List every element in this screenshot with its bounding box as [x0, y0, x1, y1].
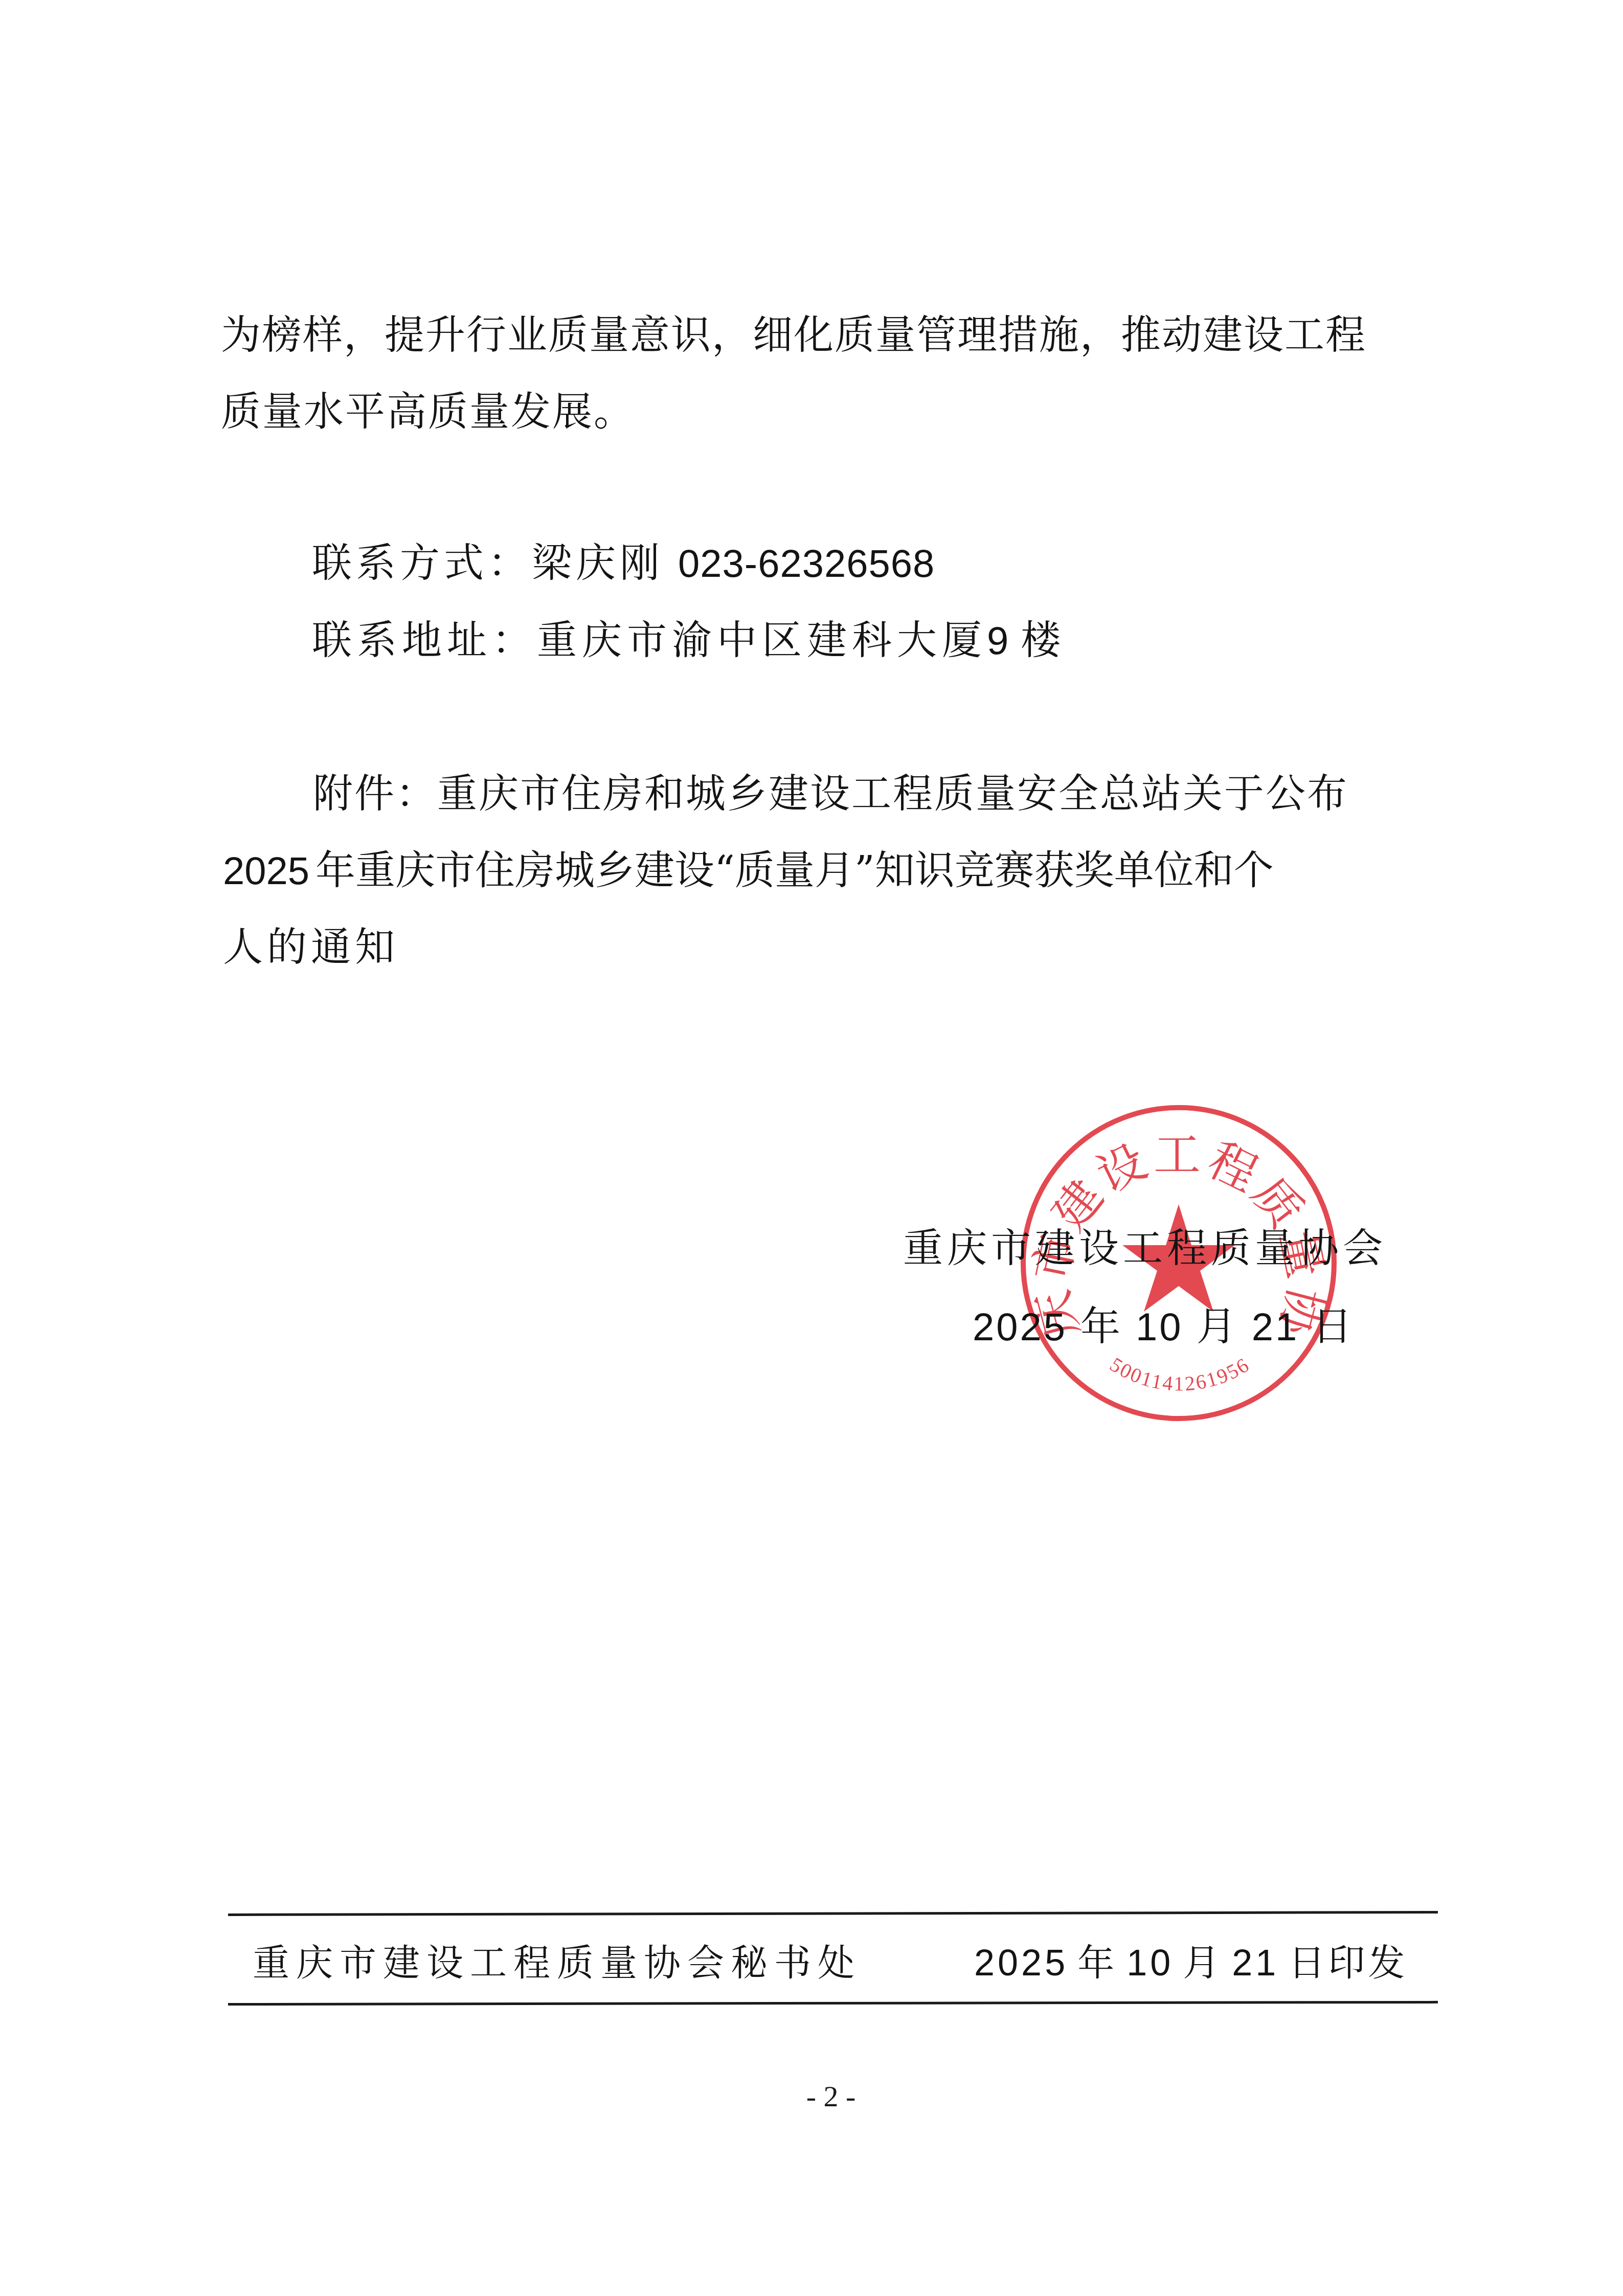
- contact-address-line: 联系地址：重庆市渝中区建科大厦9楼: [312, 615, 1066, 666]
- attachment-line-3: 人的通知: [223, 922, 399, 973]
- attachment-year: 2025: [223, 849, 309, 893]
- footer-day-unit: 日印发: [1288, 1941, 1408, 1984]
- signature-year-unit: 年: [1080, 1304, 1122, 1350]
- footer-print-date: 2025年10月21日印发: [974, 1937, 1408, 1988]
- signature-date: 2025年10月21日: [973, 1301, 1354, 1353]
- seal-code-text: 5001141261956: [1106, 1353, 1254, 1395]
- attachment-line-1: 附件：重庆市住房和城乡建设工程质量安全总站关于公布: [313, 769, 1434, 820]
- footer-issuer: 重庆市建设工程质量协会秘书处: [253, 1937, 861, 1988]
- signature-day-unit: 日: [1312, 1304, 1354, 1350]
- attachment-text: 年重庆市住房城乡建设“质量月”知识竞赛获奖单位和个: [315, 848, 1274, 894]
- contact-method-label: 联系方式：: [312, 541, 532, 587]
- footer-top-rule: [228, 1911, 1438, 1916]
- signature-organization: 重庆市建设工程质量协会: [903, 1223, 1387, 1274]
- contact-address-value: 重庆市渝中区建科大厦: [537, 618, 987, 664]
- signature-year: 2025: [973, 1305, 1067, 1349]
- contact-method-line: 联系方式：梁庆刚023-62326568: [312, 538, 935, 589]
- page-number: - 2 -: [798, 2076, 864, 2117]
- footer-year-unit: 年: [1077, 1941, 1117, 1984]
- paragraph-text: 为榜样，提升行业质量意识，细化质量管理措施，推动建设工程: [221, 310, 1366, 361]
- signature-month: 10: [1136, 1305, 1183, 1349]
- attachment-text: 附件：重庆市住房和城乡建设工程质量安全总站关于公布: [313, 771, 1348, 817]
- document-page: 为榜样，提升行业质量意识，细化质量管理措施，推动建设工程 质量水平高质量发展。 …: [0, 0, 1623, 2296]
- footer-month: 10: [1126, 1943, 1174, 1984]
- attachment-line-2: 2025年重庆市住房城乡建设“质量月”知识竞赛获奖单位和个: [223, 845, 1434, 896]
- footer-day: 21: [1232, 1943, 1279, 1984]
- svg-text:5001141261956: 5001141261956: [1106, 1353, 1254, 1395]
- contact-person-name: 梁庆刚: [532, 541, 664, 587]
- contact-address-floor-number: 9: [987, 619, 1013, 663]
- footer-year: 2025: [974, 1943, 1068, 1984]
- paragraph-line-2: 质量水平高质量发展。: [221, 387, 635, 438]
- signature-day: 21: [1252, 1305, 1299, 1349]
- paragraph-line-1: 为榜样，提升行业质量意识，细化质量管理措施，推动建设工程: [221, 310, 1434, 361]
- contact-address-label: 联系地址：: [312, 618, 537, 664]
- footer-month-unit: 月: [1183, 1941, 1223, 1984]
- contact-phone: 023-62326568: [678, 542, 935, 586]
- contact-address-floor-unit: 楼: [1021, 618, 1066, 664]
- signature-month-unit: 月: [1197, 1304, 1238, 1350]
- footer-bottom-rule: [228, 2001, 1438, 2006]
